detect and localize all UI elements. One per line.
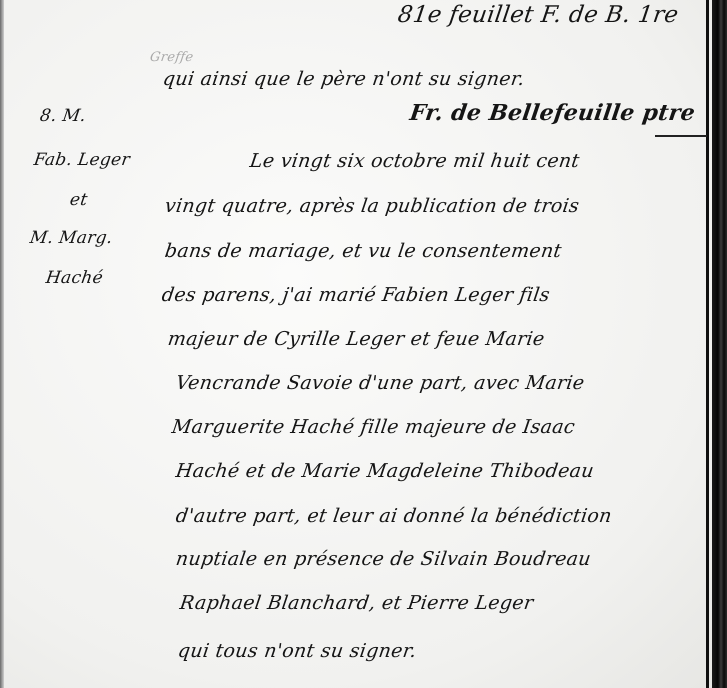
page-left-edge [0,0,4,688]
margin-groom-name: Fab. Leger [33,150,132,170]
book-binding [712,0,727,688]
entry-line-9: Haché et de Marie Magdeleine Thibodeau [174,460,595,482]
entry-line-2: Le vingt six octobre mil huit cent [248,150,581,172]
entry-line-3: vingt quatre, après la publication de tr… [163,195,580,217]
margin-conjunction: et [69,190,89,210]
entry-line-6: majeur de Cyrille Leger et feue Marie [166,328,546,350]
entry-line-13: qui tous n'ont su signer. [176,640,418,662]
faint-marginal-note: Greffe [149,50,195,65]
register-page: 81e feuillet F. de B. 1re Greffe qui ain… [0,0,727,688]
margin-bride-surname: Haché [45,268,105,288]
entry-line-8: Marguerite Haché fille majeure de Isaac [170,416,576,438]
priest-signature: Fr. de Bellefeuille ptre [408,100,697,126]
page-reference-header: 81e feuillet F. de B. 1re [396,2,680,28]
margin-bride-name: M. Marg. [29,228,114,248]
entry-line-11: nuptiale en présence de Silvain Boudreau [174,548,592,570]
entry-line-4: bans de mariage, et vu le consentement [163,240,563,262]
signature-underline [655,135,707,137]
entry-line-12: Raphael Blanchard, et Pierre Leger [178,592,534,614]
entry-line-5: des parens, j'ai marié Fabien Leger fils [160,284,551,306]
binding-edge-line [706,0,709,688]
entry-line-10: d'autre part, et leur ai donné la bénédi… [174,505,613,527]
entry-line-7: Vencrande Savoie d'une part, avec Marie [174,372,585,394]
margin-entry-number: 8. M. [39,106,88,126]
entry-line-1: qui ainsi que le père n'ont su signer. [161,68,526,90]
